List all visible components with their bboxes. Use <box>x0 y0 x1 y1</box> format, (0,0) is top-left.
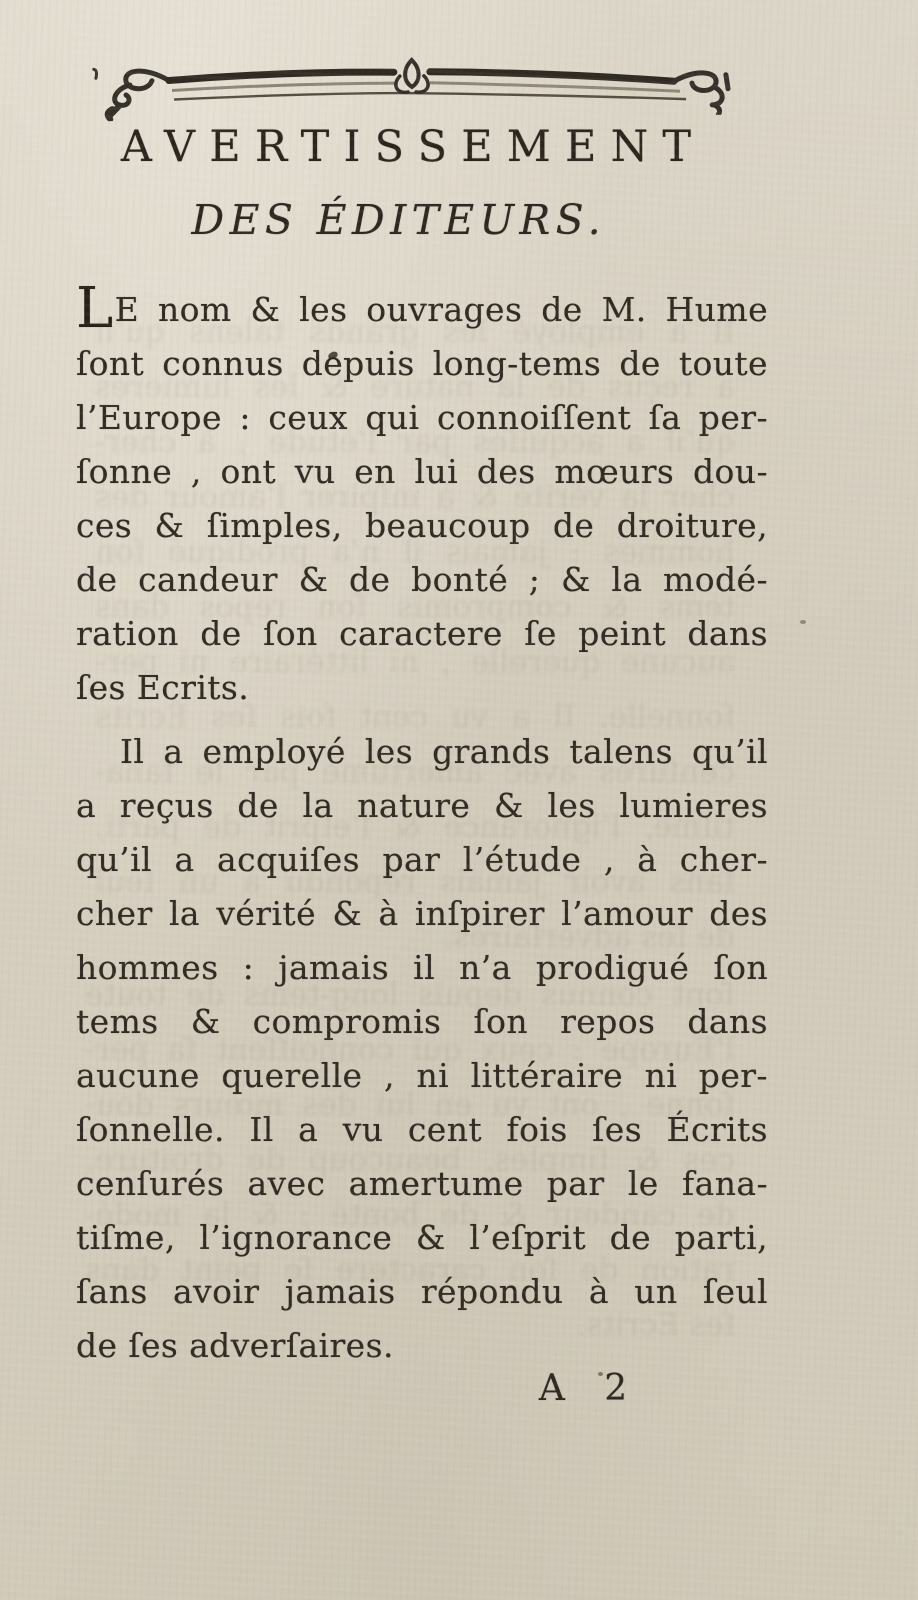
book-page: Il a employé les grands talens qu’ila re… <box>0 0 918 1600</box>
paragraph-2-lines: Il a employé les grands talens qu’ila re… <box>76 725 768 1373</box>
signature-mark: A 2 <box>500 1368 680 1409</box>
text-line: cher la vérité & à inſpirer l’amour des <box>76 887 768 941</box>
drop-initial: L <box>76 289 114 329</box>
paragraph-2: Il a employé les grands talens qu’ila re… <box>76 725 768 1373</box>
page-title: AVERTISSEMENT <box>76 122 736 172</box>
text-line: aucune querelle , ni littéraire ni per- <box>76 1049 768 1103</box>
text-line-rest: E nom & les ouvrages de M. Hume <box>115 290 768 329</box>
text-line: hommes : jamais il n’a prodigué ſon <box>76 941 768 995</box>
ink-smudge <box>800 620 806 624</box>
page-subtitle: DES ÉDITEURS. <box>76 196 716 244</box>
text-line: ſont connus depuis long-tems de toute <box>76 337 768 391</box>
body-text: LE nom & les ouvrages de M. Hume ſont co… <box>76 283 768 1373</box>
text-line: a reçus de la nature & les lumieres <box>76 779 768 833</box>
text-line: l’Europe : ceux qui connoiſſent ſa per- <box>76 391 768 445</box>
text-line: LE nom & les ouvrages de M. Hume <box>76 283 768 337</box>
text-line: ſonnelle. Il a vu cent fois ſes Écrits <box>76 1103 768 1157</box>
text-line: ſonne , ont vu en lui des mœurs dou- <box>76 445 768 499</box>
text-line: de candeur & de bonté ; & la modé- <box>76 553 768 607</box>
text-line: ſes Ecrits. <box>76 661 768 715</box>
text-line: Il a employé les grands talens qu’il <box>76 725 768 779</box>
paragraph-1: LE nom & les ouvrages de M. Hume ſont co… <box>76 283 768 715</box>
text-line: ces & ſimples, beaucoup de droiture, <box>76 499 768 553</box>
paragraph-1-lines: ſont connus depuis long-tems de toutel’E… <box>76 337 768 715</box>
text-line: cenſurés avec amertume par le fana- <box>76 1157 768 1211</box>
headpiece-ornament-icon <box>74 52 751 121</box>
text-line: qu’il a acquiſes par l’étude , à cher- <box>76 833 768 887</box>
text-line: ration de ſon caractere ſe peint dans <box>76 607 768 661</box>
text-line: tems & compromis ſon repos dans <box>76 995 768 1049</box>
text-line: ſans avoir jamais répondu à un ſeul <box>76 1265 768 1319</box>
text-line: de ſes adverſaires. <box>76 1319 768 1373</box>
text-line: tiſme, l’ignorance & l’eſprit de parti, <box>76 1211 768 1265</box>
